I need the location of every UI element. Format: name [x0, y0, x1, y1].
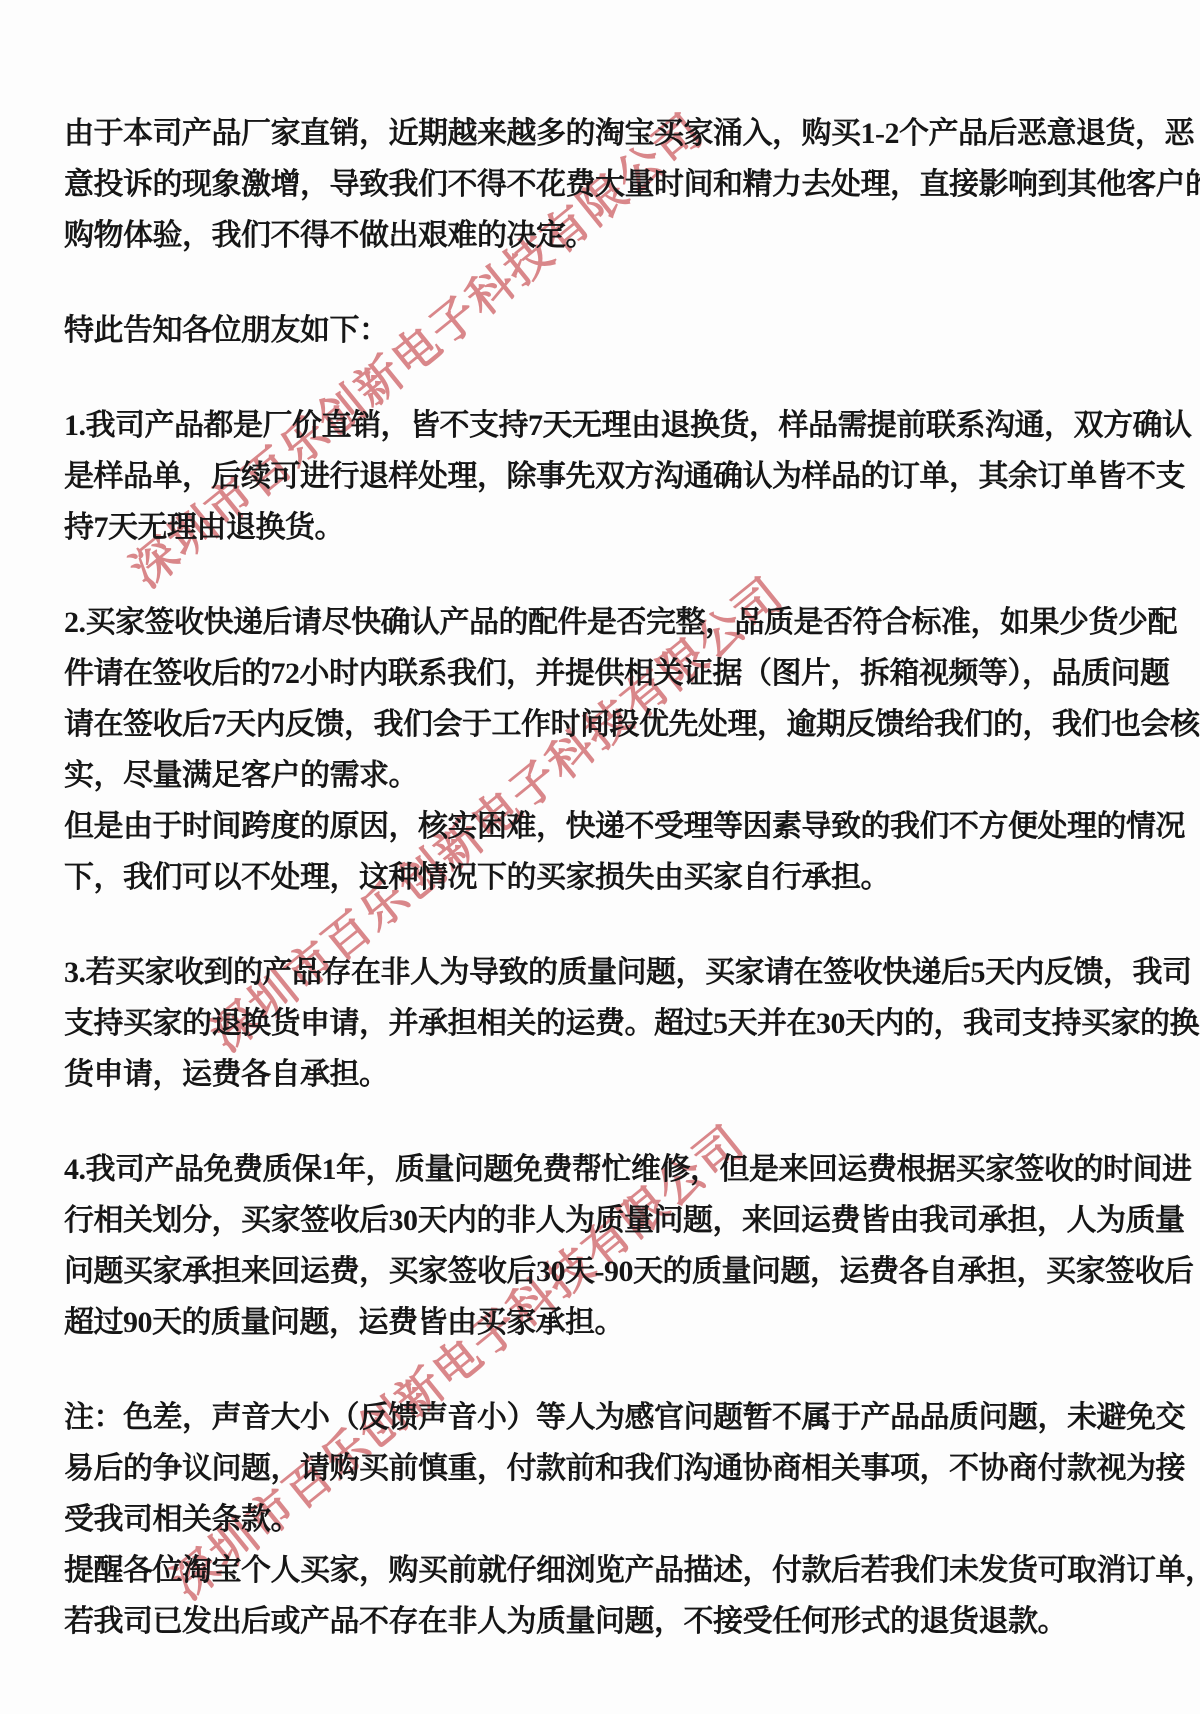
text-line: 注：色差，声音大小（反馈声音小）等人为感官问题暂不属于产品品质问题，未避免交	[64, 1392, 1149, 1443]
text-line: 下，我们可以不处理，这种情况下的买家损失由买家自行承担。	[64, 852, 1149, 903]
paragraph-clause-4: 4.我司产品免费质保1年，质量问题免费帮忙维修，但是来回运费根据买家签收的时间进…	[64, 1144, 1149, 1348]
paragraph-intro: 由于本司产品厂家直销，近期越来越多的淘宝买家涌入，购买1-2个产品后恶意退货，恶…	[64, 108, 1149, 261]
text-line: 支持买家的退换货申请，并承担相关的运费。超过5天并在30天内的，我司支持买家的换	[64, 998, 1149, 1049]
text-line: 购物体验，我们不得不做出艰难的决定。	[64, 210, 1149, 261]
document-content: 由于本司产品厂家直销，近期越来越多的淘宝买家涌入，购买1-2个产品后恶意退货，恶…	[64, 108, 1149, 1647]
text-line: 持7天无理由退换货。	[64, 502, 1149, 553]
text-line: 问题买家承担来回运费，买家签收后30天-90天的质量问题，运费各自承担，买家签收…	[64, 1246, 1149, 1297]
paragraph-notes: 注：色差，声音大小（反馈声音小）等人为感官问题暂不属于产品品质问题，未避免交易后…	[64, 1392, 1149, 1647]
text-line: 实，尽量满足客户的需求。	[64, 750, 1149, 801]
text-line: 易后的争议问题，请购买前慎重，付款前和我们沟通协商相关事项，不协商付款视为接	[64, 1443, 1149, 1494]
text-line: 意投诉的现象激增，导致我们不得不花费大量时间和精力去处理，直接影响到其他客户的	[64, 159, 1149, 210]
text-line: 行相关划分，买家签收后30天内的非人为质量问题，来回运费皆由我司承担，人为质量	[64, 1195, 1149, 1246]
text-line: 由于本司产品厂家直销，近期越来越多的淘宝买家涌入，购买1-2个产品后恶意退货，恶	[64, 108, 1149, 159]
text-line: 货申请，运费各自承担。	[64, 1049, 1149, 1100]
text-line: 但是由于时间跨度的原因，核实困难，快递不受理等因素导致的我们不方便处理的情况	[64, 801, 1149, 852]
document-page: 深圳市百乐创新电子科技有限公司深圳市百乐创新电子科技有限公司深圳市百乐创新电子科…	[0, 0, 1200, 1714]
text-line: 件请在签收后的72小时内联系我们，并提供相关证据（图片，拆箱视频等），品质问题	[64, 648, 1149, 699]
paragraph-clause-2: 2.买家签收快递后请尽快确认产品的配件是否完整，品质是否符合标准，如果少货少配件…	[64, 597, 1149, 903]
text-line: 请在签收后7天内反馈，我们会于工作时间段优先处理，逾期反馈给我们的，我们也会核	[64, 699, 1149, 750]
paragraph-clause-3: 3.若买家收到的产品存在非人为导致的质量问题，买家请在签收快递后5天内反馈，我司…	[64, 947, 1149, 1100]
text-line: 若我司已发出后或产品不存在非人为质量问题，不接受任何形式的退货退款。	[64, 1596, 1149, 1647]
text-line: 3.若买家收到的产品存在非人为导致的质量问题，买家请在签收快递后5天内反馈，我司	[64, 947, 1149, 998]
paragraph-notice-heading: 特此告知各位朋友如下：	[64, 305, 1149, 356]
text-line: 2.买家签收快递后请尽快确认产品的配件是否完整，品质是否符合标准，如果少货少配	[64, 597, 1149, 648]
text-line: 4.我司产品免费质保1年，质量问题免费帮忙维修，但是来回运费根据买家签收的时间进	[64, 1144, 1149, 1195]
text-line: 1.我司产品都是厂价直销，皆不支持7天无理由退换货，样品需提前联系沟通，双方确认	[64, 400, 1149, 451]
text-line: 是样品单，后续可进行退样处理，除事先双方沟通确认为样品的订单，其余订单皆不支	[64, 451, 1149, 502]
text-line: 超过90天的质量问题，运费皆由买家承担。	[64, 1297, 1149, 1348]
text-line: 提醒各位淘宝个人买家，购买前就仔细浏览产品描述，付款后若我们未发货可取消订单，	[64, 1545, 1149, 1596]
text-line: 特此告知各位朋友如下：	[64, 305, 1149, 356]
text-line: 受我司相关条款。	[64, 1494, 1149, 1545]
paragraph-clause-1: 1.我司产品都是厂价直销，皆不支持7天无理由退换货，样品需提前联系沟通，双方确认…	[64, 400, 1149, 553]
